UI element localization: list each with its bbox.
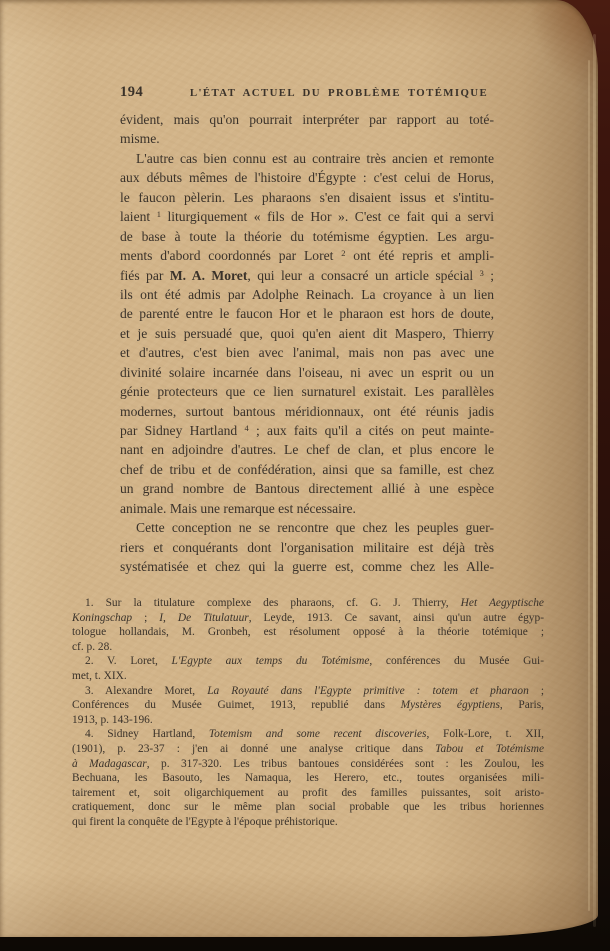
footnote-line: qui firent la conquête de l'Egypte à l'é… (72, 815, 544, 830)
running-title: L'ÉTAT ACTUEL DU PROBLÈME TOTÉMIQUE (182, 87, 496, 99)
footnote-line: à Madagascar, p. 317-320. Les tribus ban… (72, 757, 544, 772)
text-line: de parenté entre le faucon Hor et le pha… (120, 304, 494, 323)
text-line: laient 1 liturgiquement « fils de Hor ».… (120, 207, 494, 226)
text-line: Cette conception ne se rencontre que che… (120, 518, 494, 537)
text-line: ments d'abord coordonnés par Loret 2 ont… (120, 246, 494, 265)
text-line: un grand nombre de Bantous directement a… (120, 479, 494, 498)
page-paper: 194 L'ÉTAT ACTUEL DU PROBLÈME TOTÉMIQUE … (0, 0, 598, 937)
running-header: 194 L'ÉTAT ACTUEL DU PROBLÈME TOTÉMIQUE (120, 84, 496, 101)
footnote-line: cf. p. 28. (72, 640, 544, 655)
footnote-line: 4. Sidney Hartland, Totemism and some re… (72, 727, 544, 742)
text-line: chef de tribu et de confédération, ainsi… (120, 460, 494, 479)
text-line: misme. (120, 129, 494, 148)
footnote-line: Bechuana, les Basouto, les Namaqua, les … (72, 771, 544, 786)
footnote-line: (1901), p. 23-37 : j'en ai donné une ana… (72, 742, 544, 757)
text-line: par Sidney Hartland 4 ; aux faits qu'il … (120, 421, 494, 440)
text-line: modernes, surtout bantous méridionnaux, … (120, 402, 494, 421)
footnote-line: 1913, p. 143-196. (72, 713, 544, 728)
text-line: animale. Mais une remarque est nécessair… (120, 499, 494, 518)
text-line: aux débuts mêmes de l'histoire d'Égypte … (120, 168, 494, 187)
text-line: L'autre cas bien connu est au contraire … (120, 149, 494, 168)
text-line: nant en adjoindre d'autres. Le chef de c… (120, 440, 494, 459)
page-number: 194 (120, 84, 182, 101)
text-line: et d'autres, c'est bien avec l'animal, m… (120, 343, 494, 362)
text-line: le faucon pèlerin. Les pharaons s'en dis… (120, 188, 494, 207)
text-line: et je suis persuadé que, quoi qu'en aien… (120, 324, 494, 343)
footnotes: 1. Sur la titulature complexe des pharao… (72, 596, 544, 830)
text-line: évident, mais qu'on pourrait interpréter… (120, 110, 494, 129)
text-line: de base à toute la théorie du totémisme … (120, 227, 494, 246)
footnote-line: tologue hollandais, M. Gronbeh, est réso… (72, 625, 544, 640)
footnote-line: 2. V. Loret, L'Egypte aux temps du Totém… (72, 654, 544, 669)
footnote-line: Koningschap ; I, De Titulatuur, Leyde, 1… (72, 611, 544, 626)
footnote-line: tairement et, soit oligarchiquement au p… (72, 786, 544, 801)
footnote-line: 1. Sur la titulature complexe des pharao… (72, 596, 544, 611)
text-line: fiés par M. A. Moret, qui leur a consacr… (120, 266, 494, 285)
footnote-line: met, t. XIX. (72, 669, 544, 684)
text-line: riers et conquérants dont l'organisation… (120, 538, 494, 557)
body-text: évident, mais qu'on pourrait interpréter… (120, 110, 494, 577)
text-line: divinité solaire incarnée dans l'oiseau,… (120, 363, 494, 382)
text-line: systématisée et chez qui la guerre est, … (120, 557, 494, 576)
book-scan-photo: 194 L'ÉTAT ACTUEL DU PROBLÈME TOTÉMIQUE … (0, 0, 610, 951)
text-line: génie protecteurs que ce lien surnaturel… (120, 382, 494, 401)
text-line: ils ont été admis par Adolphe Reinach. L… (120, 285, 494, 304)
footnote-line: Conférences du Musée Guimet, 1913, repub… (72, 698, 544, 713)
footnote-line: cratiquement, donc sur le même plan soci… (72, 800, 544, 815)
footnote-line: 3. Alexandre Moret, La Royauté dans l'Eg… (72, 684, 544, 699)
